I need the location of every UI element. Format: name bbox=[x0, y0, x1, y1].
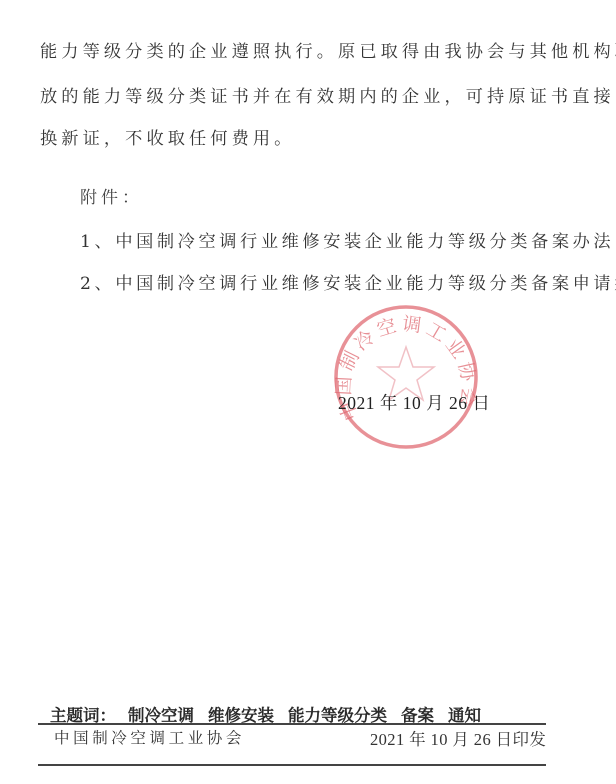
document-page: 能力等级分类的企业遵照执行。原已取得由我协会与其他机构联合发 放的能力等级分类证… bbox=[0, 0, 616, 784]
official-seal-stamp: 中国制冷空调工业协会 bbox=[332, 303, 480, 451]
attachment-item-2: 2、中国制冷空调行业维修安装企业能力等级分类备案申请须知 bbox=[80, 272, 616, 296]
body-paragraph-line-1: 能力等级分类的企业遵照执行。原已取得由我协会与其他机构联合发 bbox=[40, 40, 616, 64]
signature-date: 2021 年 10 月 26 日 bbox=[338, 390, 490, 415]
footer-divider-top bbox=[38, 723, 546, 725]
body-paragraph-line-2: 放的能力等级分类证书并在有效期内的企业，可持原证书直接申请转 bbox=[40, 85, 616, 109]
attachment-item-1: 1、中国制冷空调行业维修安装企业能力等级分类备案办法 bbox=[80, 230, 614, 254]
body-paragraph-line-3: 换新证，不收取任何费用。 bbox=[40, 127, 295, 151]
issue-date: 2021 年 10 月 26 日印发 bbox=[370, 726, 546, 750]
footer-divider-bottom bbox=[38, 764, 546, 766]
issuing-organization: 中国制冷空调工业协会 bbox=[54, 726, 245, 748]
attachments-label: 附件： bbox=[80, 186, 143, 210]
